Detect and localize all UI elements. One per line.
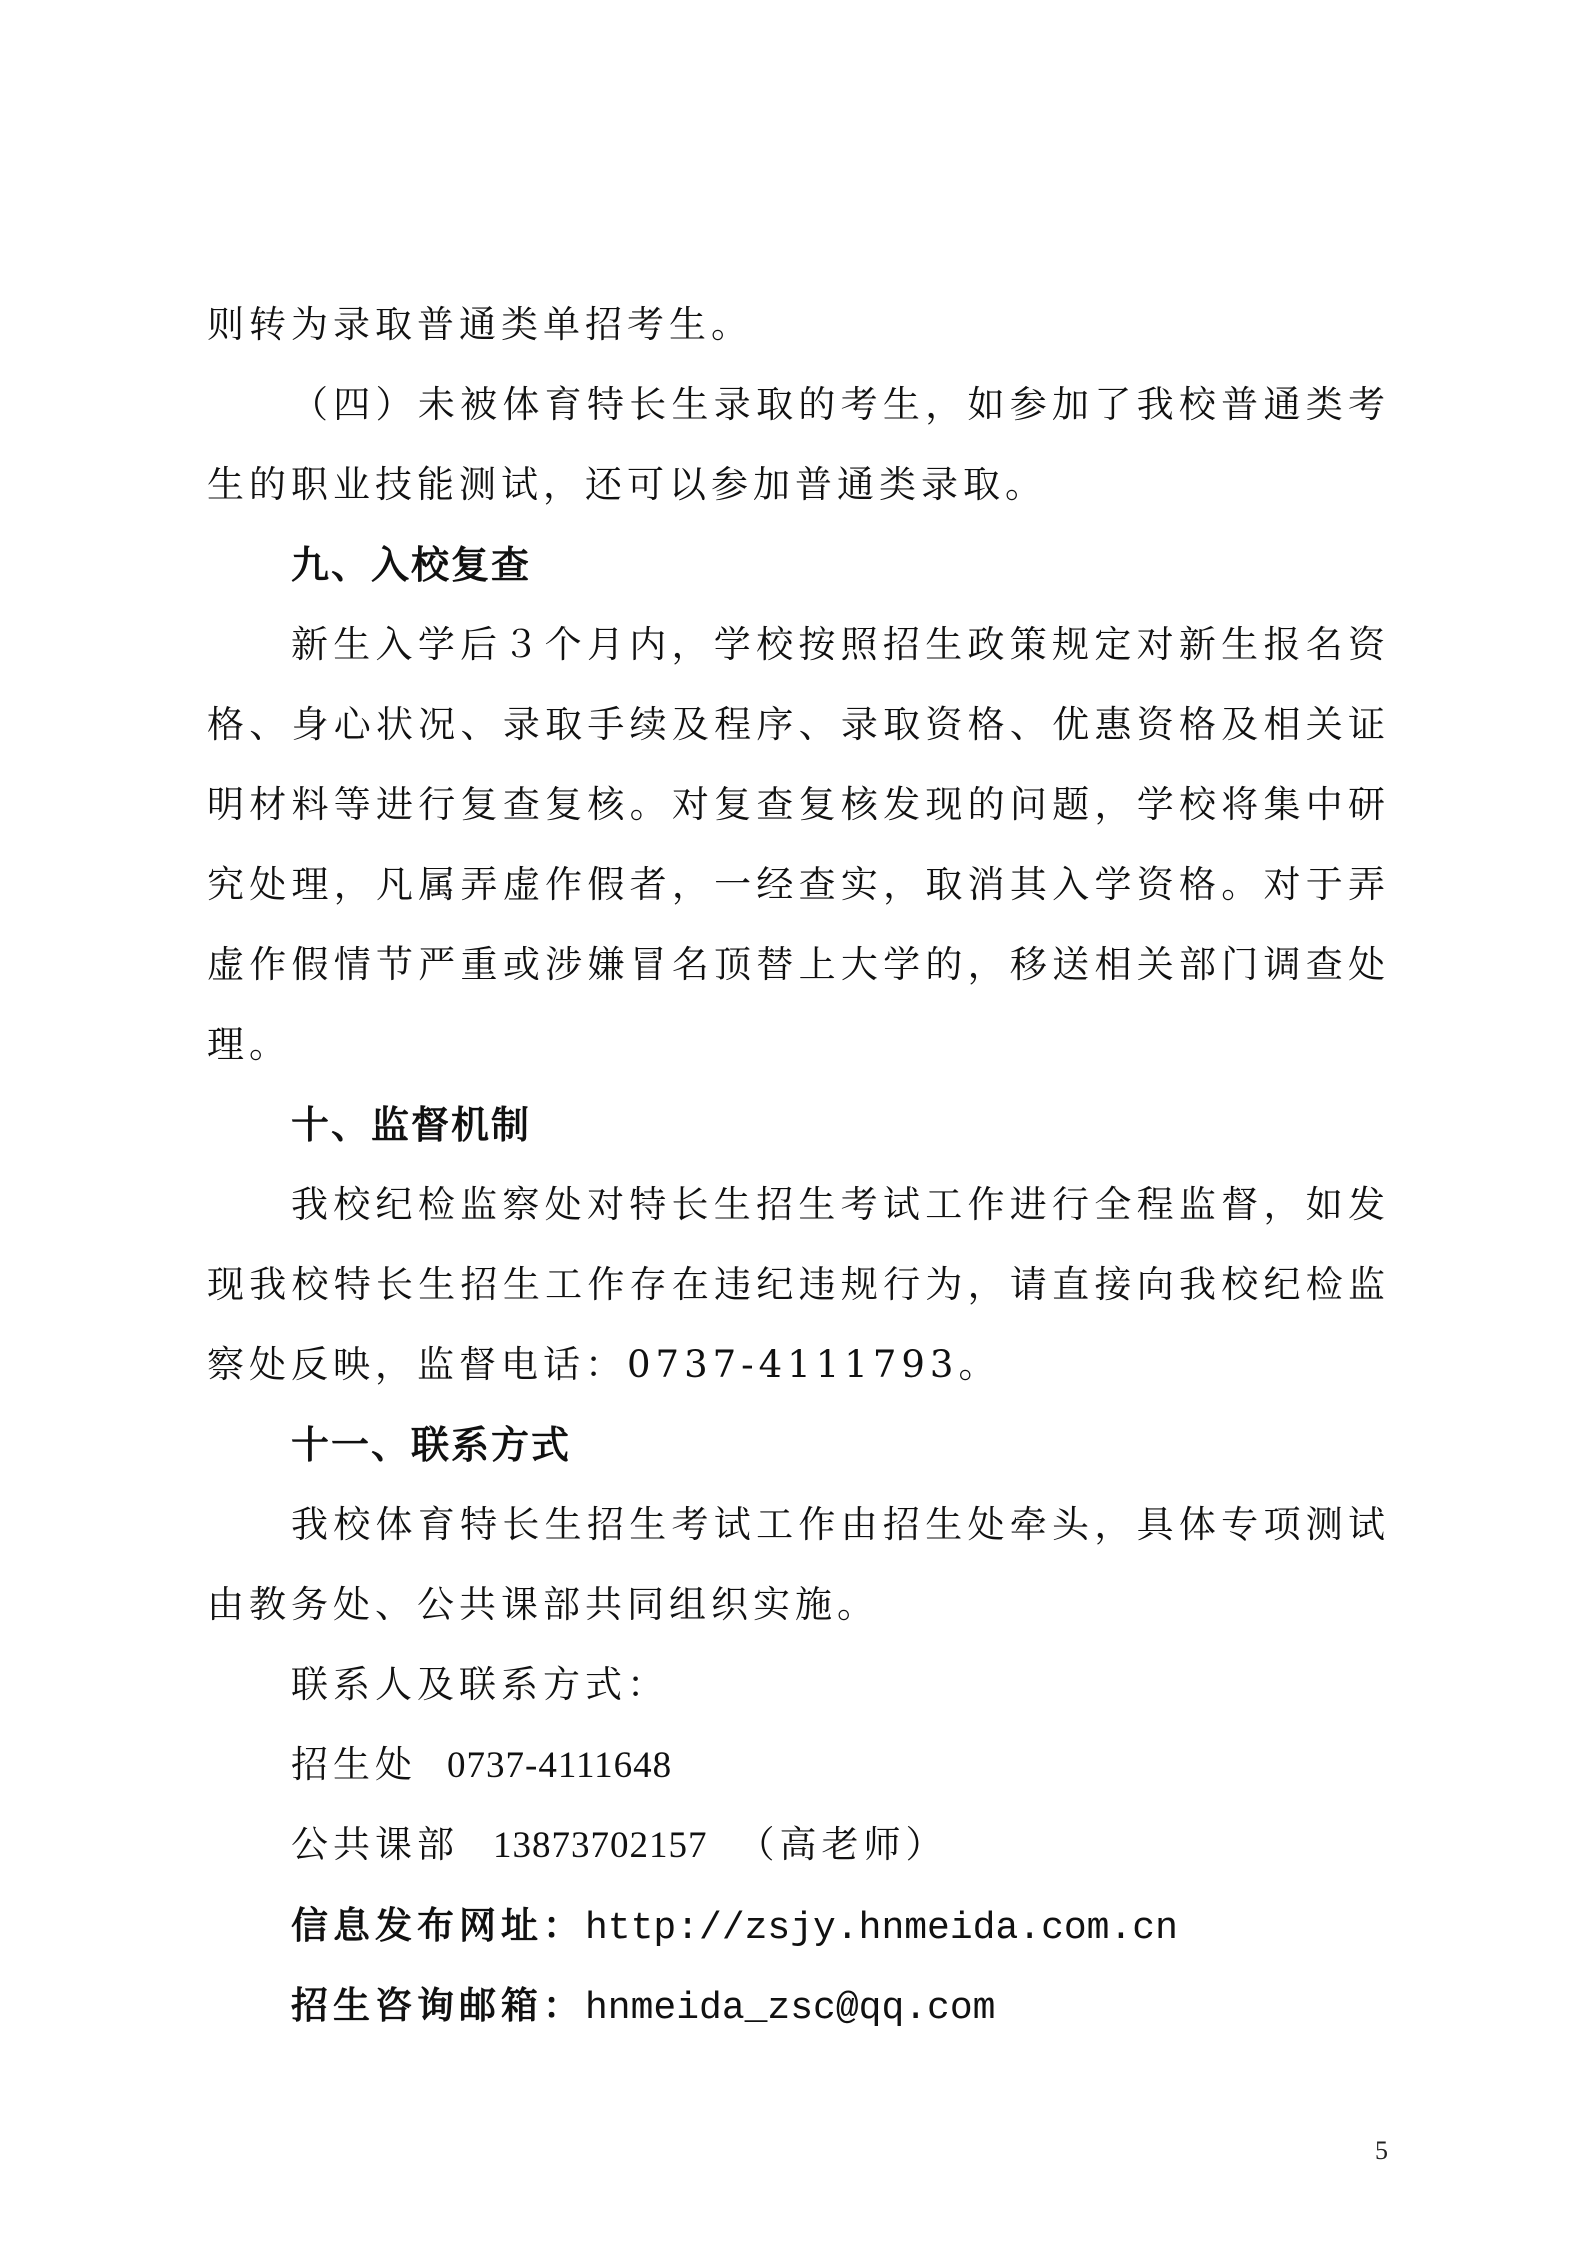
paragraph-line: 格、身心状况、录取手续及程序、录取资格、优惠资格及相关证 [207, 703, 1385, 747]
website-link[interactable]: http://zsjy.hnmeida.com.cn [585, 1907, 1178, 1950]
paragraph-line: 究处理，凡属弄虚作假者，一经查实，取消其入学资格。对于弄 [207, 863, 1385, 907]
section-heading: 九、入校复查 [291, 543, 531, 587]
paragraph-line: 现我校特长生招生工作存在违纪违规行为，请直接向我校纪检监 [207, 1263, 1385, 1307]
paragraph-line: 理。 [207, 1023, 291, 1067]
contact-public-courses: 公共课部13873702157（高老师） [291, 1823, 948, 1867]
contact-label: 公共课部 [291, 1823, 459, 1866]
paragraph-line: 由教务处、公共课部共同组织实施。 [207, 1583, 879, 1627]
contact-person: （高老师） [738, 1823, 948, 1866]
document-page: 则转为录取普通类单招考生。 （四）未被体育特长生录取的考生，如参加了我校普通类考… [0, 0, 1587, 2245]
email-label: 招生咨询邮箱： [291, 1983, 585, 2027]
contact-phone: 13873702157 [493, 1825, 708, 1866]
website-label: 信息发布网址： [291, 1903, 585, 1947]
supervision-phone-line: 察处反映，监督电话：0737-4111793。 [207, 1343, 1000, 1387]
paragraph-line: 我校体育特长生招生考试工作由招生处牵头，具体专项测试 [291, 1503, 1385, 1547]
contact-website: 信息发布网址：http://zsjy.hnmeida.com.cn [291, 1903, 1178, 1947]
contacts-intro: 联系人及联系方式： [291, 1663, 669, 1707]
paragraph-line: （四）未被体育特长生录取的考生，如参加了我校普通类考 [291, 383, 1385, 427]
contact-admissions-office: 招生处0737-4111648 [291, 1743, 672, 1787]
section-heading: 十一、联系方式 [291, 1423, 571, 1467]
paragraph-line: 生的职业技能测试，还可以参加普通类录取。 [207, 463, 1047, 507]
contact-label: 招生处 [291, 1743, 417, 1786]
page-number: 5 [1375, 2136, 1388, 2166]
paragraph-line: 新生入学后３个月内，学校按照招生政策规定对新生报名资 [291, 623, 1385, 667]
paragraph-line: 虚作假情节严重或涉嫌冒名顶替上大学的，移送相关部门调查处 [207, 943, 1385, 987]
contact-phone: 0737-4111648 [447, 1745, 672, 1786]
paragraph-line: 明材料等进行复查复核。对复查复核发现的问题，学校将集中研 [207, 783, 1385, 827]
contact-email: 招生咨询邮箱：hnmeida_zsc@qq.com [291, 1983, 995, 2027]
paragraph-line: 我校纪检监察处对特长生招生考试工作进行全程监督，如发 [291, 1183, 1385, 1227]
section-heading: 十、监督机制 [291, 1103, 531, 1147]
paragraph-line: 则转为录取普通类单招考生。 [207, 303, 753, 347]
email-link[interactable]: hnmeida_zsc@qq.com [585, 1987, 995, 2030]
